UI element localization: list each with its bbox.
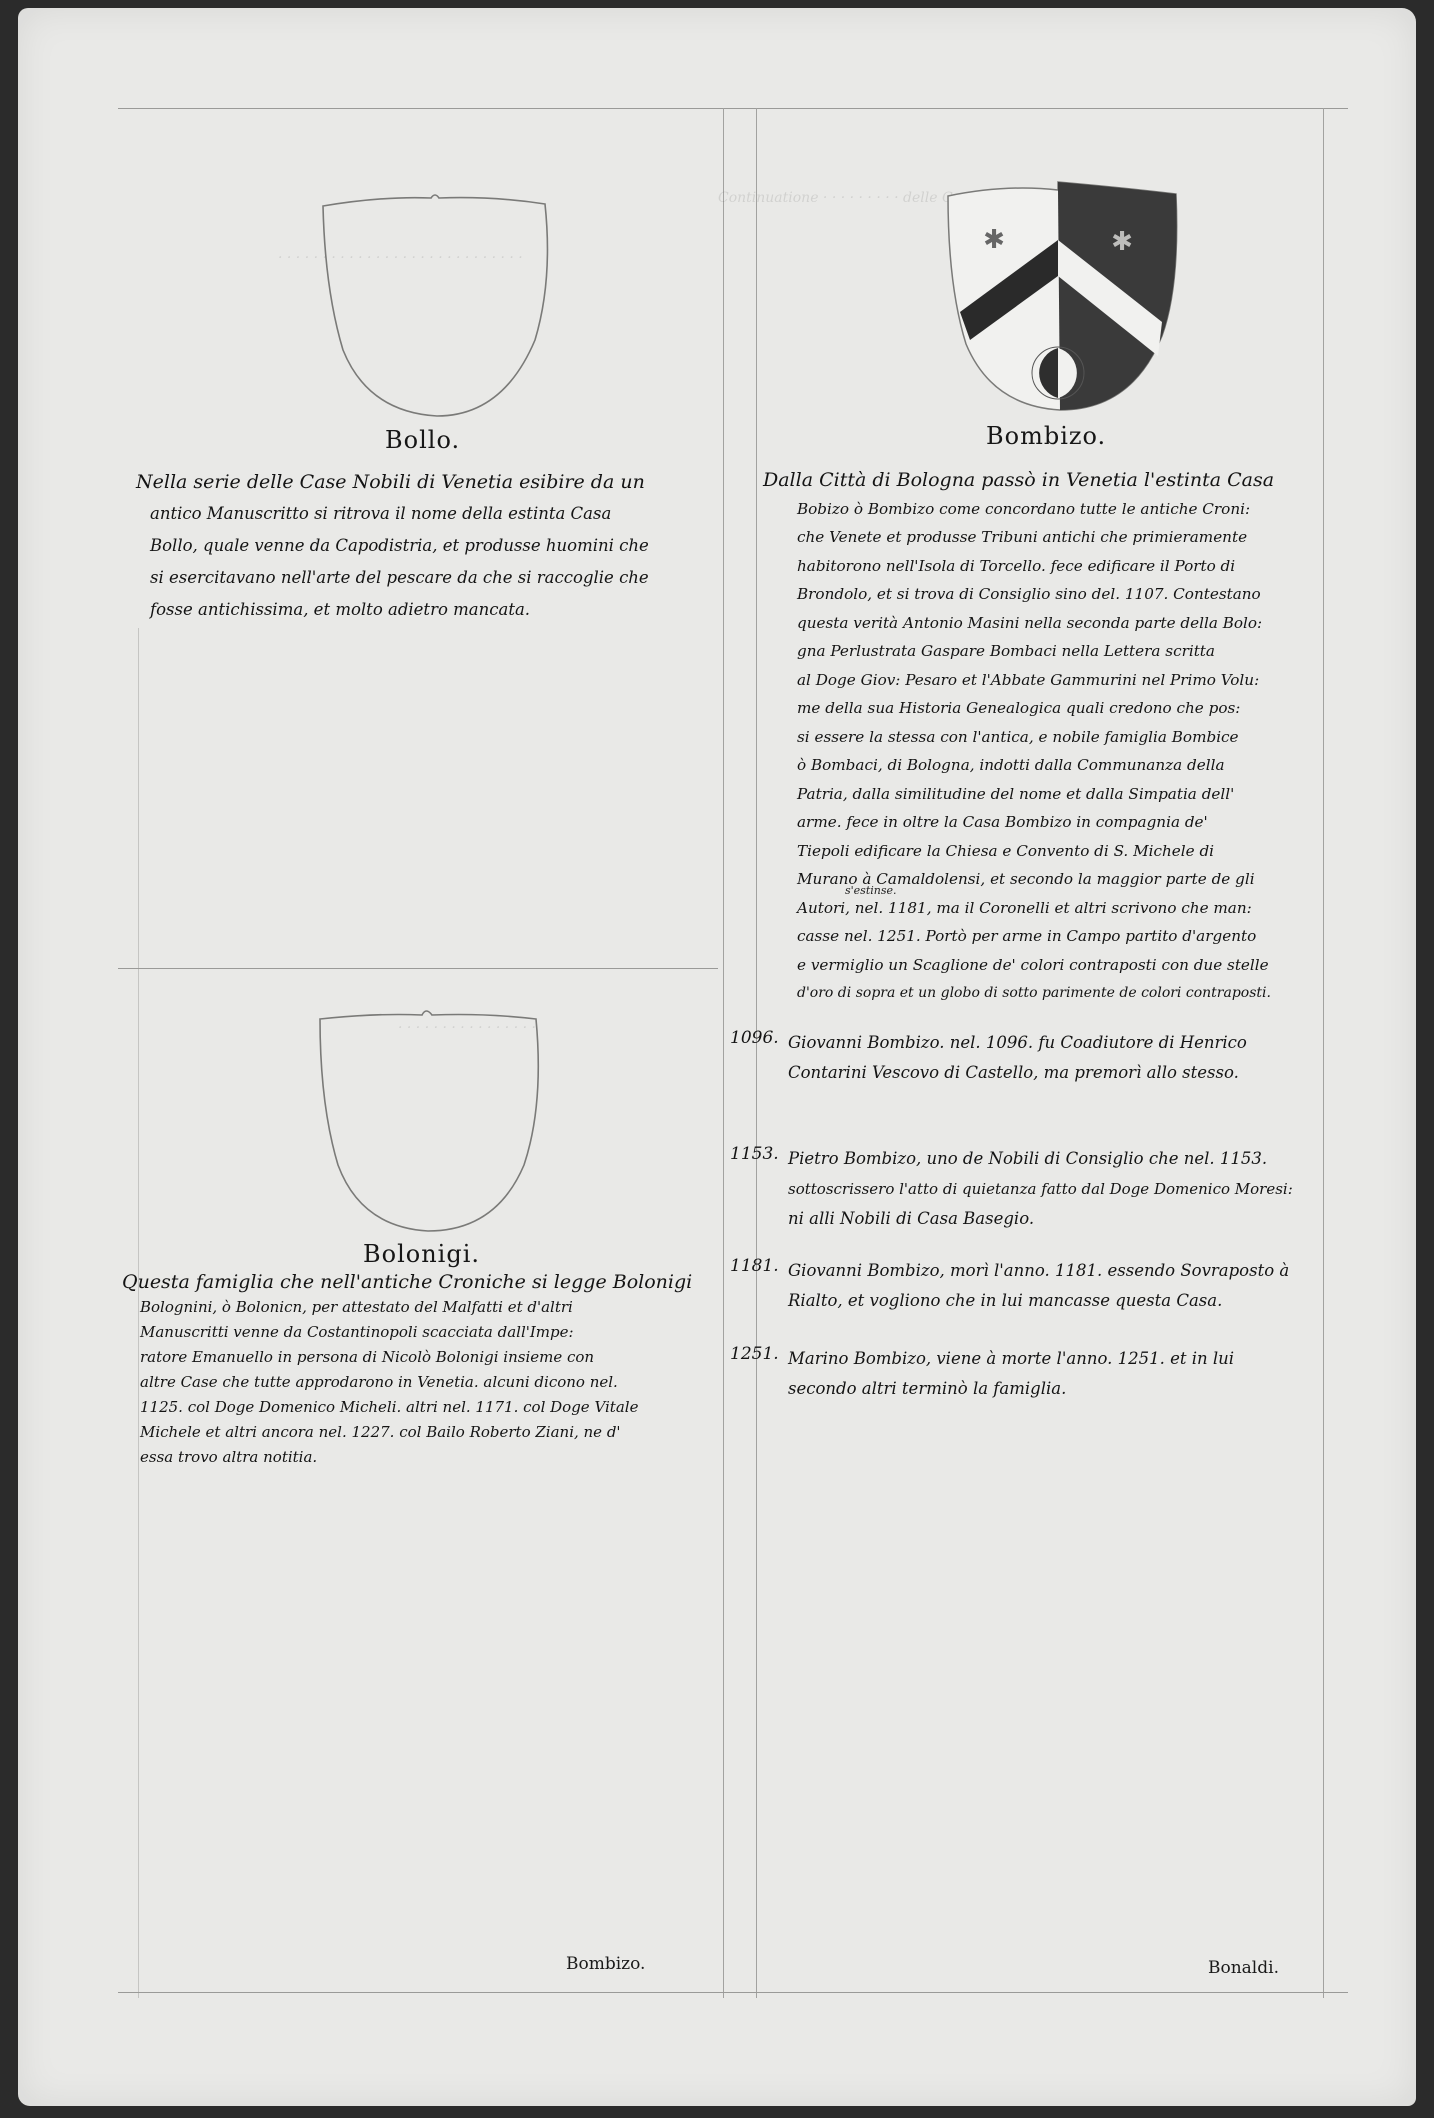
bollo-paragraph: Nella serie delle Case Nobili di Venetia… xyxy=(136,466,649,626)
interlinear-note: s'estinse. xyxy=(845,884,897,897)
family-heading-bombizo: Bombizo. xyxy=(986,422,1106,450)
bollo-empty-shield xyxy=(313,190,558,422)
bolonigi-empty-shield xyxy=(306,1005,546,1237)
entry-text: Pietro Bombizo, uno de Nobili di Consigl… xyxy=(788,1144,1293,1234)
entry-text: Giovanni Bombizo. nel. 1096. fu Coadiuto… xyxy=(788,1028,1247,1088)
catchword-left: Bombizo. xyxy=(566,1954,645,1974)
bombizo-paragraph: Dalla Città di Bologna passò in Venetia … xyxy=(763,466,1274,1008)
entry-year: 1153. xyxy=(730,1144,779,1164)
entry-year: 1251. xyxy=(730,1344,779,1364)
gutter-rule-left xyxy=(723,108,724,1998)
bombizo-coat-of-arms: ✱ ✱ xyxy=(936,176,1186,416)
top-rule xyxy=(118,108,1348,109)
entry-year: 1096. xyxy=(730,1028,779,1048)
entry-text: Marino Bombizo, viene à morte l'anno. 12… xyxy=(788,1344,1234,1404)
bottom-rule xyxy=(118,1992,1348,1993)
entry-text: Giovanni Bombizo, morì l'anno. 1181. ess… xyxy=(788,1256,1289,1316)
gutter-rule-right xyxy=(756,108,757,1998)
bolonigi-paragraph: Questa famiglia che nell'antiche Cronich… xyxy=(122,1270,692,1470)
svg-text:✱: ✱ xyxy=(983,225,1005,255)
family-heading-bollo: Bollo. xyxy=(385,426,460,454)
middle-left-rule xyxy=(118,968,718,969)
family-heading-bolonigi: Bolonigi. xyxy=(363,1240,480,1268)
entry-year: 1181. xyxy=(730,1256,779,1276)
manuscript-page: Continuatione · · · · · · · · · delle Ca… xyxy=(18,8,1416,2106)
right-margin-rule xyxy=(1323,108,1324,1998)
svg-text:✱: ✱ xyxy=(1111,227,1133,257)
catchword-right: Bonaldi. xyxy=(1208,1958,1279,1978)
